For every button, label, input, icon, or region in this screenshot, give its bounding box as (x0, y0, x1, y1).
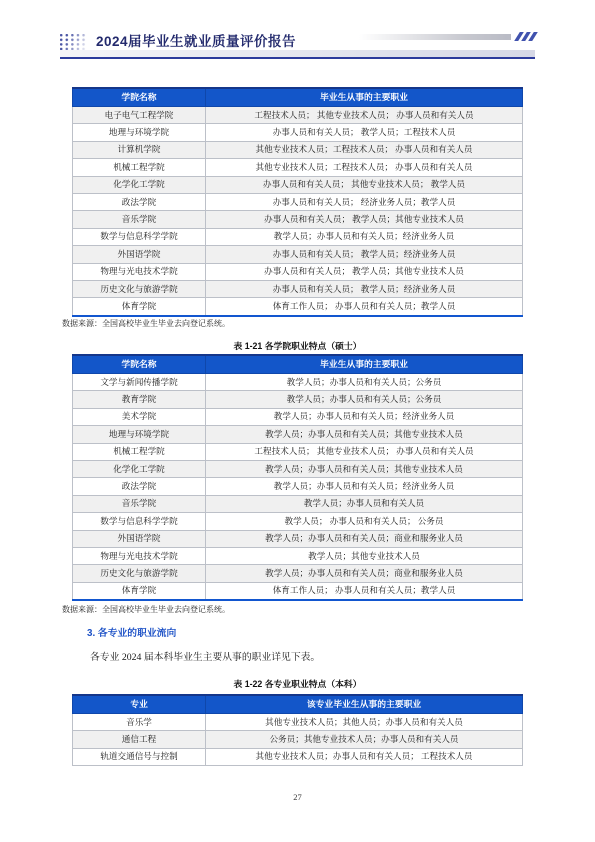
college-name: 电子电气工程学院 (73, 107, 206, 124)
major-occupation-table: 专业 该专业毕业生从事的主要职业 音乐学其他专业技术人员；其他人员；办事人员和有… (72, 694, 523, 766)
occupations: 教学人员；其他专业技术人员 (206, 547, 523, 564)
table-row: 政法学院教学人员；办事人员和有关人员；经济业务人员 (73, 478, 523, 495)
table-row: 体育学院体育工作人员； 办事人员和有关人员；教学人员 (73, 298, 523, 316)
table-row: 音乐学其他专业技术人员；其他人员；办事人员和有关人员 (73, 714, 523, 731)
occupations: 教学人员；办事人员和有关人员；经济业务人员 (206, 478, 523, 495)
table-row: 通信工程公务员；其他专业技术人员；办事人员和有关人员 (73, 731, 523, 748)
college-name: 化学化工学院 (73, 460, 206, 477)
college-name: 机械工程学院 (73, 443, 206, 460)
occupations: 其他专业技术人员；工程技术人员； 办事人员和有关人员 (206, 159, 523, 176)
table-row: 历史文化与旅游学院教学人员；办事人员和有关人员；商业和服务业人员 (73, 565, 523, 582)
major-name: 音乐学 (73, 714, 206, 731)
table-caption-1-22: 表 1-22 各专业职业特点（本科） (60, 677, 535, 690)
table-row: 文学与新闻传播学院教学人员；办事人员和有关人员；公务员 (73, 374, 523, 391)
college-name: 音乐学院 (73, 495, 206, 512)
college-name: 外国语学院 (73, 530, 206, 547)
college-name: 音乐学院 (73, 211, 206, 228)
section-heading: 3. 各专业的职业流向 (87, 625, 176, 639)
table-row: 地理与环境学院教学人员；办事人员和有关人员；其他专业技术人员 (73, 426, 523, 443)
college-name: 历史文化与旅游学院 (73, 280, 206, 297)
table-header-row: 专业 该专业毕业生从事的主要职业 (73, 695, 523, 714)
header-divider (60, 50, 535, 59)
table-row: 数学与信息科学学院教学人员；办事人员和有关人员；经济业务人员 (73, 228, 523, 245)
dot-grid-icon (60, 34, 87, 51)
table-row: 历史文化与旅游学院办事人员和有关人员； 教学人员；经济业务人员 (73, 280, 523, 297)
table-row: 轨道交通信号与控制其他专业技术人员；办事人员和有关人员； 工程技术人员 (73, 748, 523, 765)
table-row: 化学化工学院教学人员；办事人员和有关人员；其他专业技术人员 (73, 460, 523, 477)
table-row: 音乐学院办事人员和有关人员； 教学人员；其他专业技术人员 (73, 211, 523, 228)
occupations: 教学人员；办事人员和有关人员；其他专业技术人员 (206, 426, 523, 443)
table-row: 教育学院教学人员；办事人员和有关人员；公务员 (73, 391, 523, 408)
table-row: 化学化工学院办事人员和有关人员； 其他专业技术人员； 教学人员 (73, 176, 523, 193)
college-name: 物理与光电技术学院 (73, 263, 206, 280)
column-header-occupations: 该专业毕业生从事的主要职业 (206, 695, 523, 714)
occupations: 教学人员；办事人员和有关人员；经济业务人员 (206, 408, 523, 425)
college-name: 体育学院 (73, 298, 206, 316)
report-title: 2024届毕业生就业质量评价报告 (96, 30, 296, 50)
table-row: 体育学院体育工作人员； 办事人员和有关人员；教学人员 (73, 582, 523, 600)
table-row: 机械工程学院其他专业技术人员；工程技术人员； 办事人员和有关人员 (73, 159, 523, 176)
table-row: 电子电气工程学院工程技术人员； 其他专业技术人员； 办事人员和有关人员 (73, 107, 523, 124)
occupations: 其他专业技术人员；办事人员和有关人员； 工程技术人员 (206, 748, 523, 765)
occupations: 办事人员和有关人员； 教学人员；其他专业技术人员 (206, 263, 523, 280)
college-name: 美术学院 (73, 408, 206, 425)
table-row: 物理与光电技术学院教学人员；其他专业技术人员 (73, 547, 523, 564)
table-row: 外国语学院教学人员；办事人员和有关人员；商业和服务业人员 (73, 530, 523, 547)
occupations: 体育工作人员； 办事人员和有关人员；教学人员 (206, 582, 523, 600)
table-header-row: 学院名称 毕业生从事的主要职业 (73, 355, 523, 374)
occupations: 公务员；其他专业技术人员；办事人员和有关人员 (206, 731, 523, 748)
data-source-note: 数据来源：全国高校毕业生毕业去向登记系统。 (62, 318, 230, 329)
occupations: 办事人员和有关人员； 教学人员；经济业务人员 (206, 246, 523, 263)
occupations: 办事人员和有关人员； 经济业务人员；教学人员 (206, 193, 523, 210)
page-header: 2024届毕业生就业质量评价报告 (60, 29, 535, 59)
table-header-row: 学院名称 毕业生从事的主要职业 (73, 88, 523, 107)
column-header-occupations: 毕业生从事的主要职业 (206, 88, 523, 107)
occupations: 办事人员和有关人员； 教学人员；其他专业技术人员 (206, 211, 523, 228)
table-row: 音乐学院教学人员；办事人员和有关人员 (73, 495, 523, 512)
column-header-occupations: 毕业生从事的主要职业 (206, 355, 523, 374)
college-name: 数学与信息科学学院 (73, 513, 206, 530)
table-row: 数学与信息科学学院教学人员； 办事人员和有关人员； 公务员 (73, 513, 523, 530)
occupations: 工程技术人员； 其他专业技术人员； 办事人员和有关人员 (206, 443, 523, 460)
section-paragraph: 各专业 2024 届本科毕业生主要从事的职业详见下表。 (90, 649, 320, 663)
occupations: 办事人员和有关人员； 教学人员；工程技术人员 (206, 124, 523, 141)
column-header-college: 学院名称 (73, 88, 206, 107)
occupations: 工程技术人员； 其他专业技术人员； 办事人员和有关人员 (206, 107, 523, 124)
header-gradient-bar (359, 34, 511, 40)
table-row: 政法学院办事人员和有关人员； 经济业务人员；教学人员 (73, 193, 523, 210)
college-name: 历史文化与旅游学院 (73, 565, 206, 582)
occupations: 其他专业技术人员；其他人员；办事人员和有关人员 (206, 714, 523, 731)
college-name: 物理与光电技术学院 (73, 547, 206, 564)
college-name: 机械工程学院 (73, 159, 206, 176)
table-row: 外国语学院办事人员和有关人员； 教学人员；经济业务人员 (73, 246, 523, 263)
occupations: 教学人员；办事人员和有关人员；其他专业技术人员 (206, 460, 523, 477)
occupations: 体育工作人员； 办事人员和有关人员；教学人员 (206, 298, 523, 316)
table-row: 美术学院教学人员；办事人员和有关人员；经济业务人员 (73, 408, 523, 425)
college-name: 政法学院 (73, 193, 206, 210)
occupations: 教学人员； 办事人员和有关人员； 公务员 (206, 513, 523, 530)
occupations: 办事人员和有关人员； 教学人员；经济业务人员 (206, 280, 523, 297)
data-source-note: 数据来源：全国高校毕业生毕业去向登记系统。 (62, 604, 230, 615)
college-occupation-table-1: 学院名称 毕业生从事的主要职业 电子电气工程学院工程技术人员； 其他专业技术人员… (72, 87, 523, 317)
college-name: 地理与环境学院 (73, 426, 206, 443)
table-row: 物理与光电技术学院办事人员和有关人员； 教学人员；其他专业技术人员 (73, 263, 523, 280)
college-name: 计算机学院 (73, 141, 206, 158)
occupations: 教学人员；办事人员和有关人员 (206, 495, 523, 512)
table-row: 机械工程学院工程技术人员； 其他专业技术人员； 办事人员和有关人员 (73, 443, 523, 460)
occupations: 教学人员；办事人员和有关人员；公务员 (206, 374, 523, 391)
occupations: 办事人员和有关人员； 其他专业技术人员； 教学人员 (206, 176, 523, 193)
column-header-college: 学院名称 (73, 355, 206, 374)
college-name: 地理与环境学院 (73, 124, 206, 141)
page-number: 27 (0, 792, 595, 802)
column-header-major: 专业 (73, 695, 206, 714)
college-name: 体育学院 (73, 582, 206, 600)
table-row: 地理与环境学院办事人员和有关人员； 教学人员；工程技术人员 (73, 124, 523, 141)
college-name: 政法学院 (73, 478, 206, 495)
diagonal-stripes-icon (511, 32, 535, 41)
college-name: 文学与新闻传播学院 (73, 374, 206, 391)
major-name: 轨道交通信号与控制 (73, 748, 206, 765)
college-name: 化学化工学院 (73, 176, 206, 193)
college-name: 教育学院 (73, 391, 206, 408)
major-name: 通信工程 (73, 731, 206, 748)
occupations: 教学人员；办事人员和有关人员；商业和服务业人员 (206, 565, 523, 582)
occupations: 其他专业技术人员；工程技术人员； 办事人员和有关人员 (206, 141, 523, 158)
table-caption-1-21: 表 1-21 各学院职业特点（硕士） (60, 339, 535, 352)
table-row: 计算机学院其他专业技术人员；工程技术人员； 办事人员和有关人员 (73, 141, 523, 158)
occupations: 教学人员；办事人员和有关人员；经济业务人员 (206, 228, 523, 245)
occupations: 教学人员；办事人员和有关人员；公务员 (206, 391, 523, 408)
college-name: 数学与信息科学学院 (73, 228, 206, 245)
occupations: 教学人员；办事人员和有关人员；商业和服务业人员 (206, 530, 523, 547)
college-name: 外国语学院 (73, 246, 206, 263)
college-occupation-table-2: 学院名称 毕业生从事的主要职业 文学与新闻传播学院教学人员；办事人员和有关人员；… (72, 354, 523, 601)
